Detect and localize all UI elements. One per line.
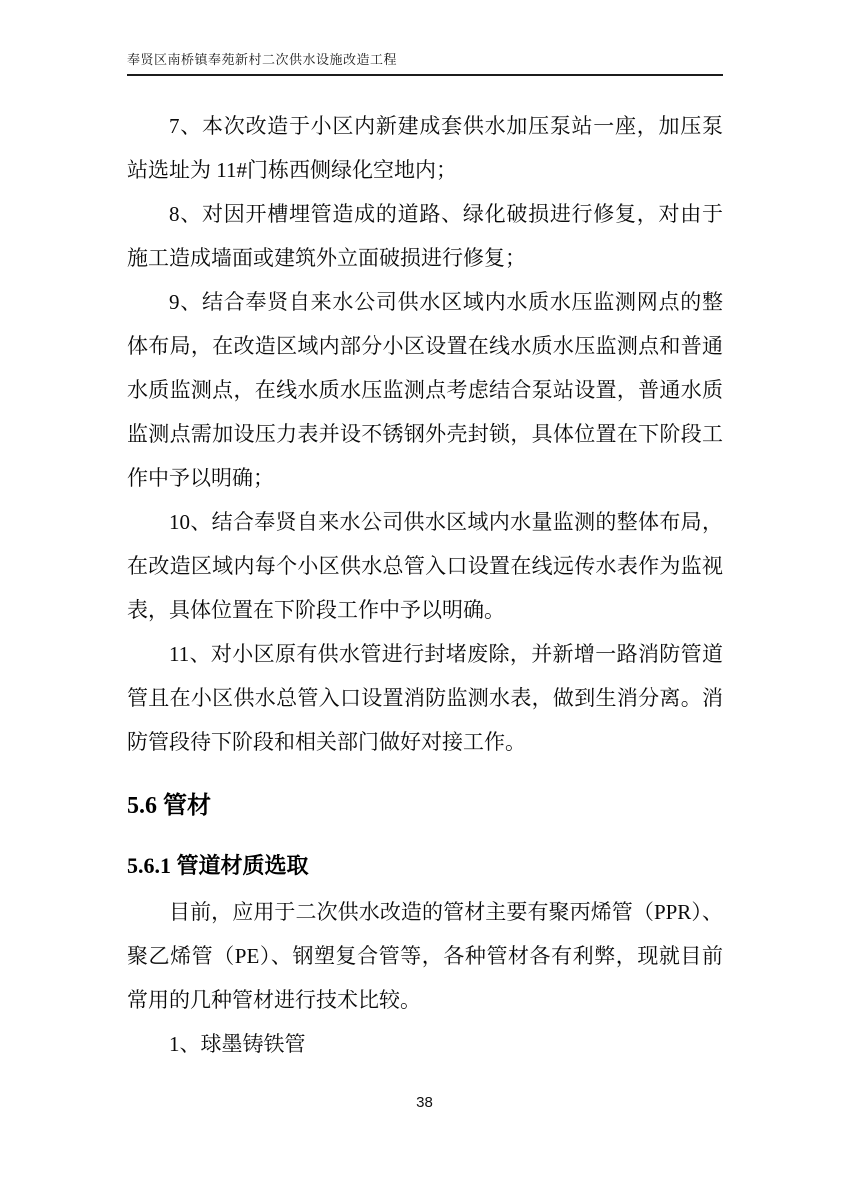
- paragraph-11: 11、对小区原有供水管进行封堵废除，并新增一路消防管道管且在小区供水总管入口设置…: [127, 632, 723, 764]
- document-body: 7、本次改造于小区内新建成套供水加压泵站一座，加压泵站选址为 11#门栋西侧绿化…: [127, 104, 723, 1066]
- paragraph-10: 10、结合奉贤自来水公司供水区域内水量监测的整体布局，在改造区域内每个小区供水总…: [127, 500, 723, 632]
- paragraph-9: 9、结合奉贤自来水公司供水区域内水质水压监测网点的整体布局，在改造区域内部分小区…: [127, 280, 723, 500]
- subsection-heading-5-6-1: 5.6.1 管道材质选取: [127, 851, 723, 881]
- header-project-title: 奉贤区南桥镇奉苑新村二次供水设施改造工程: [127, 52, 723, 68]
- section-heading-5-6: 5.6 管材: [127, 790, 723, 823]
- paragraph-7: 7、本次改造于小区内新建成套供水加压泵站一座，加压泵站选址为 11#门栋西侧绿化…: [127, 104, 723, 192]
- list-item-ductile-iron-pipe: 1、球墨铸铁管: [127, 1022, 723, 1066]
- intro-paragraph-pipe-materials: 目前，应用于二次供水改造的管材主要有聚丙烯管（PPR）、聚乙烯管（PE）、钢塑复…: [127, 890, 723, 1022]
- document-page: 奉贤区南桥镇奉苑新村二次供水设施改造工程 7、本次改造于小区内新建成套供水加压泵…: [0, 0, 849, 1200]
- page-number: 38: [416, 1094, 433, 1111]
- paragraph-8: 8、对因开槽埋管造成的道路、绿化破损进行修复，对由于施工造成墙面或建筑外立面破损…: [127, 192, 723, 280]
- page-footer: 38: [0, 1094, 849, 1112]
- page-header: 奉贤区南桥镇奉苑新村二次供水设施改造工程: [127, 52, 723, 76]
